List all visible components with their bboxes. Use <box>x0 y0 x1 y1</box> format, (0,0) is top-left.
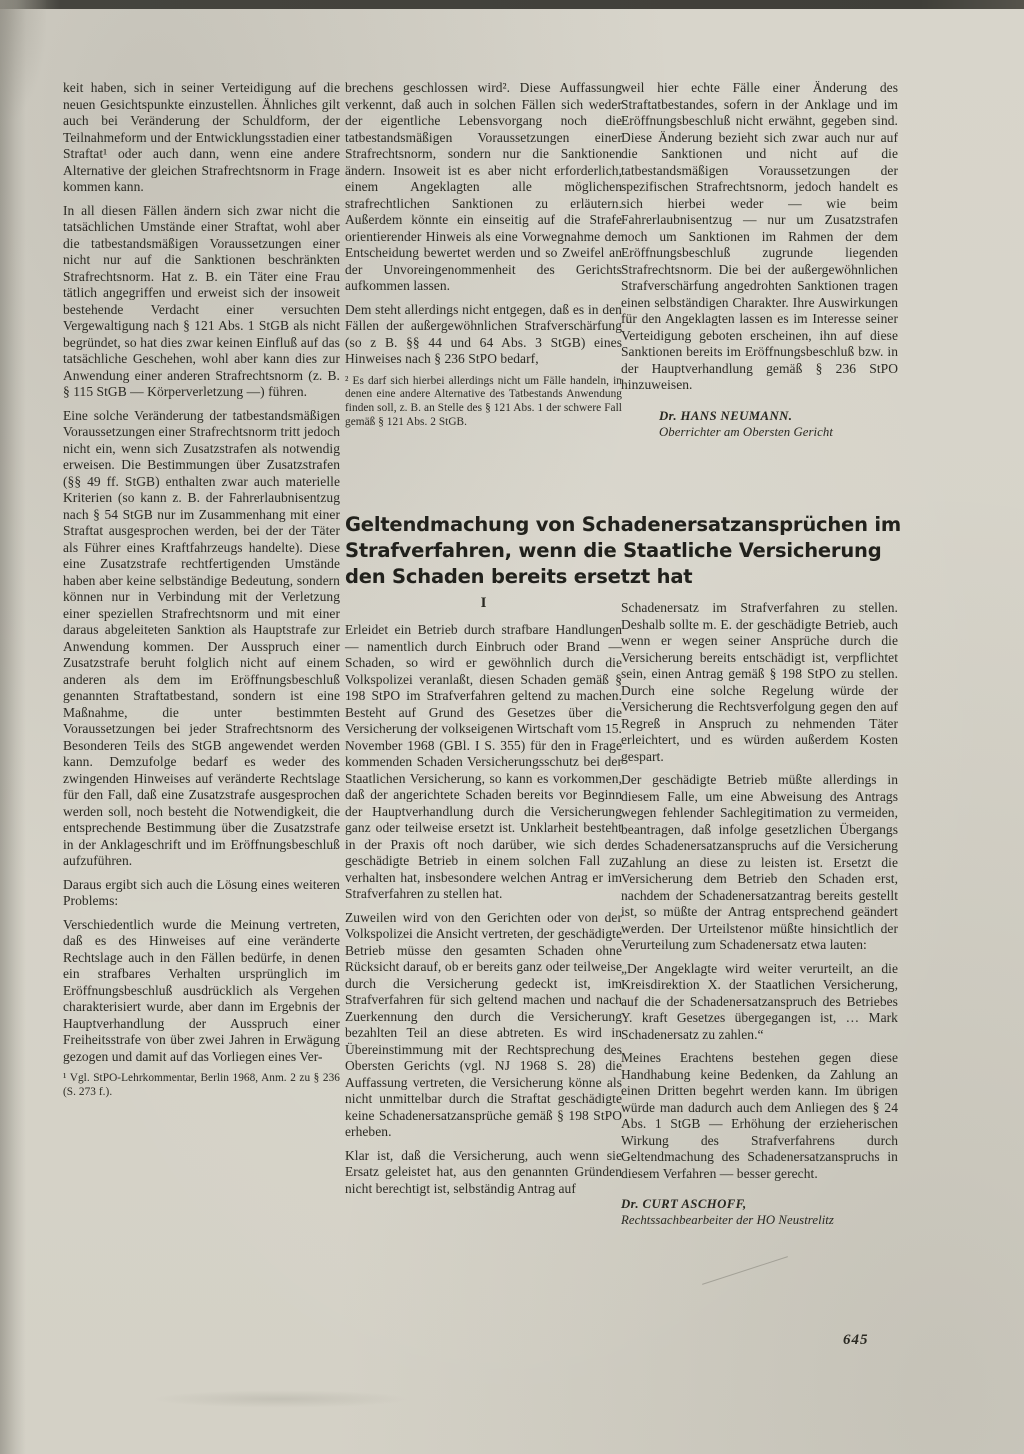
paragraph: brechens geschlossen wird². Diese Auffas… <box>345 80 622 295</box>
article1-column-3: weil hier echte Fälle einer Änderung des… <box>621 80 898 440</box>
scan-corner-shadow <box>0 0 46 120</box>
article2-signature: Dr. CURT ASCHOFF, Rechtssachbearbeiter d… <box>621 1196 898 1228</box>
article2-title: Geltendmachung von Schadenersatzansprüch… <box>345 512 925 590</box>
paragraph: Dem steht allerdings nicht entgegen, daß… <box>345 302 622 368</box>
paragraph: Erleidet ein Betrieb durch strafbare Han… <box>345 622 622 903</box>
paragraph: Meines Erachtens bestehen gegen diese Ha… <box>621 1050 898 1182</box>
author-role: Oberrichter am Obersten Gericht <box>659 424 898 440</box>
author-role: Rechtssachbearbeiter der HO Neustrelitz <box>621 1212 898 1228</box>
article2-title-line2: Strafverfahren, wenn die Staatliche Vers… <box>345 538 925 564</box>
article2-column-1: Erleidet ein Betrieb durch strafbare Han… <box>345 622 622 1204</box>
author-name: Dr. CURT ASCHOFF, <box>621 1196 898 1212</box>
paragraph: Der geschädigte Betrieb müßte allerdings… <box>621 772 898 954</box>
paragraph: Zuweilen wird von den Gerichten oder von… <box>345 910 622 1141</box>
paragraph: In all diesen Fällen ändern sich zwar ni… <box>63 203 340 401</box>
scan-edge-left <box>0 0 26 1454</box>
article1-column-1: keit haben, sich in seiner Verteidigung … <box>63 80 340 1107</box>
paragraph: weil hier echte Fälle einer Änderung des… <box>621 80 898 394</box>
paragraph: keit haben, sich in seiner Verteidigung … <box>63 80 340 196</box>
scan-smudge-mark <box>150 1390 410 1408</box>
scan-edge-top <box>0 0 1024 9</box>
article1-column-2: brechens geschlossen wird². Diese Auffas… <box>345 80 622 437</box>
footnote-2: ² Es darf sich hierbei allerdings nicht … <box>345 375 622 430</box>
article1-signature: Dr. HANS NEUMANN. Oberrichter am Oberste… <box>659 408 898 440</box>
paragraph: Eine solche Veränderung der tatbestandsm… <box>63 408 340 870</box>
article2-title-line3: den Schaden bereits ersetzt hat <box>345 564 925 590</box>
article2-column-2: Schadenersatz im Strafverfahren zu stell… <box>621 600 898 1228</box>
paragraph: Klar ist, daß die Versicherung, auch wen… <box>345 1148 622 1198</box>
paragraph: Daraus ergibt sich auch die Lösung eines… <box>63 877 340 910</box>
paragraph: Verschiedentlich wurde die Meinung vertr… <box>63 917 340 1066</box>
journal-page: { "colors": { "paper": "#d6d3c9", "ink":… <box>0 0 1024 1454</box>
paragraph: Schadenersatz im Strafverfahren zu stell… <box>621 600 898 765</box>
footnote-1: ¹ Vgl. StPO-Lehrkommentar, Berlin 1968, … <box>63 1072 340 1100</box>
page-number: 645 <box>843 1332 869 1349</box>
article2-section-marker: I <box>345 595 622 612</box>
author-name: Dr. HANS NEUMANN. <box>659 408 898 424</box>
article2-title-line1: Geltendmachung von Schadenersatzansprüch… <box>345 512 925 538</box>
scan-scratch-mark <box>702 1256 788 1285</box>
paragraph: „Der Angeklagte wird weiter verurteilt, … <box>621 961 898 1044</box>
